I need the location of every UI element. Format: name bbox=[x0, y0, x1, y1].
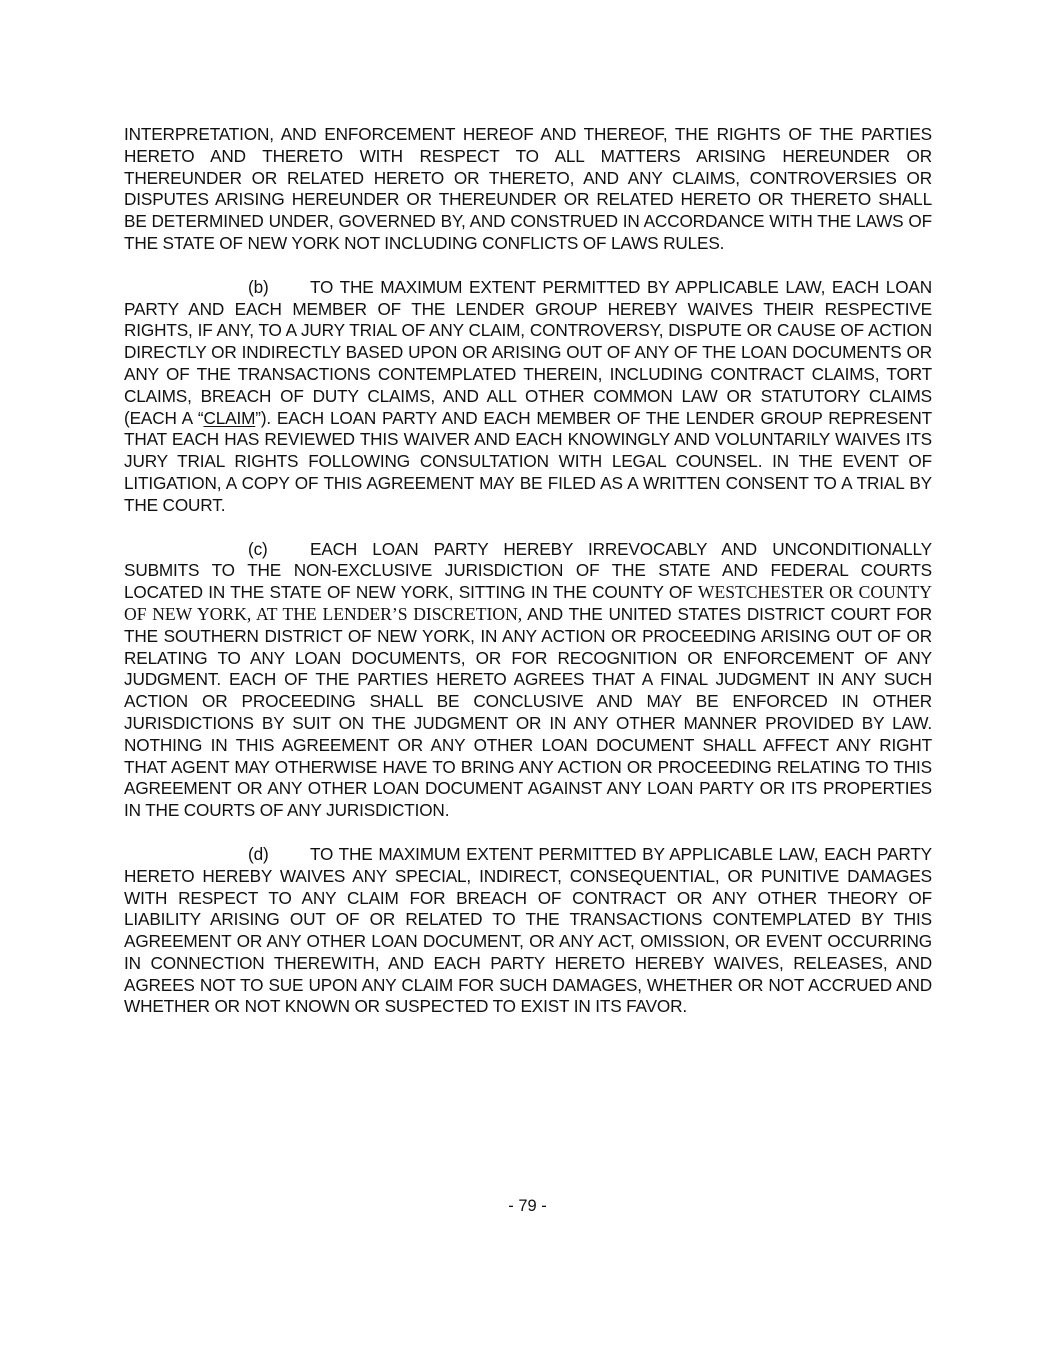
paragraph-b: (b)TO THE MAXIMUM EXTENT PERMITTED BY AP… bbox=[124, 277, 932, 517]
document-page: INTERPRETATION, AND ENFORCEMENT HEREOF A… bbox=[0, 0, 1055, 1365]
paragraph-marker: (b) bbox=[124, 277, 310, 299]
defined-term-claim: CLAIM bbox=[203, 408, 255, 428]
page-number: - 79 - bbox=[0, 1197, 1055, 1216]
paragraph-a-continuation: INTERPRETATION, AND ENFORCEMENT HEREOF A… bbox=[124, 124, 932, 255]
paragraph-text: TO THE MAXIMUM EXTENT PERMITTED BY APPLI… bbox=[124, 277, 932, 428]
paragraph-c: (c)EACH LOAN PARTY HEREBY IRREVOCABLY AN… bbox=[124, 539, 932, 822]
paragraph-marker: (c) bbox=[124, 539, 310, 561]
paragraph-text-continued: AND THE UNITED STATES DISTRICT COURT FOR… bbox=[124, 604, 932, 820]
paragraph-text: INTERPRETATION, AND ENFORCEMENT HEREOF A… bbox=[124, 124, 932, 253]
document-body: INTERPRETATION, AND ENFORCEMENT HEREOF A… bbox=[124, 124, 932, 1040]
paragraph-d: (d)TO THE MAXIMUM EXTENT PERMITTED BY AP… bbox=[124, 844, 932, 1018]
paragraph-marker: (d) bbox=[124, 844, 310, 866]
paragraph-text: TO THE MAXIMUM EXTENT PERMITTED BY APPLI… bbox=[124, 844, 932, 1017]
